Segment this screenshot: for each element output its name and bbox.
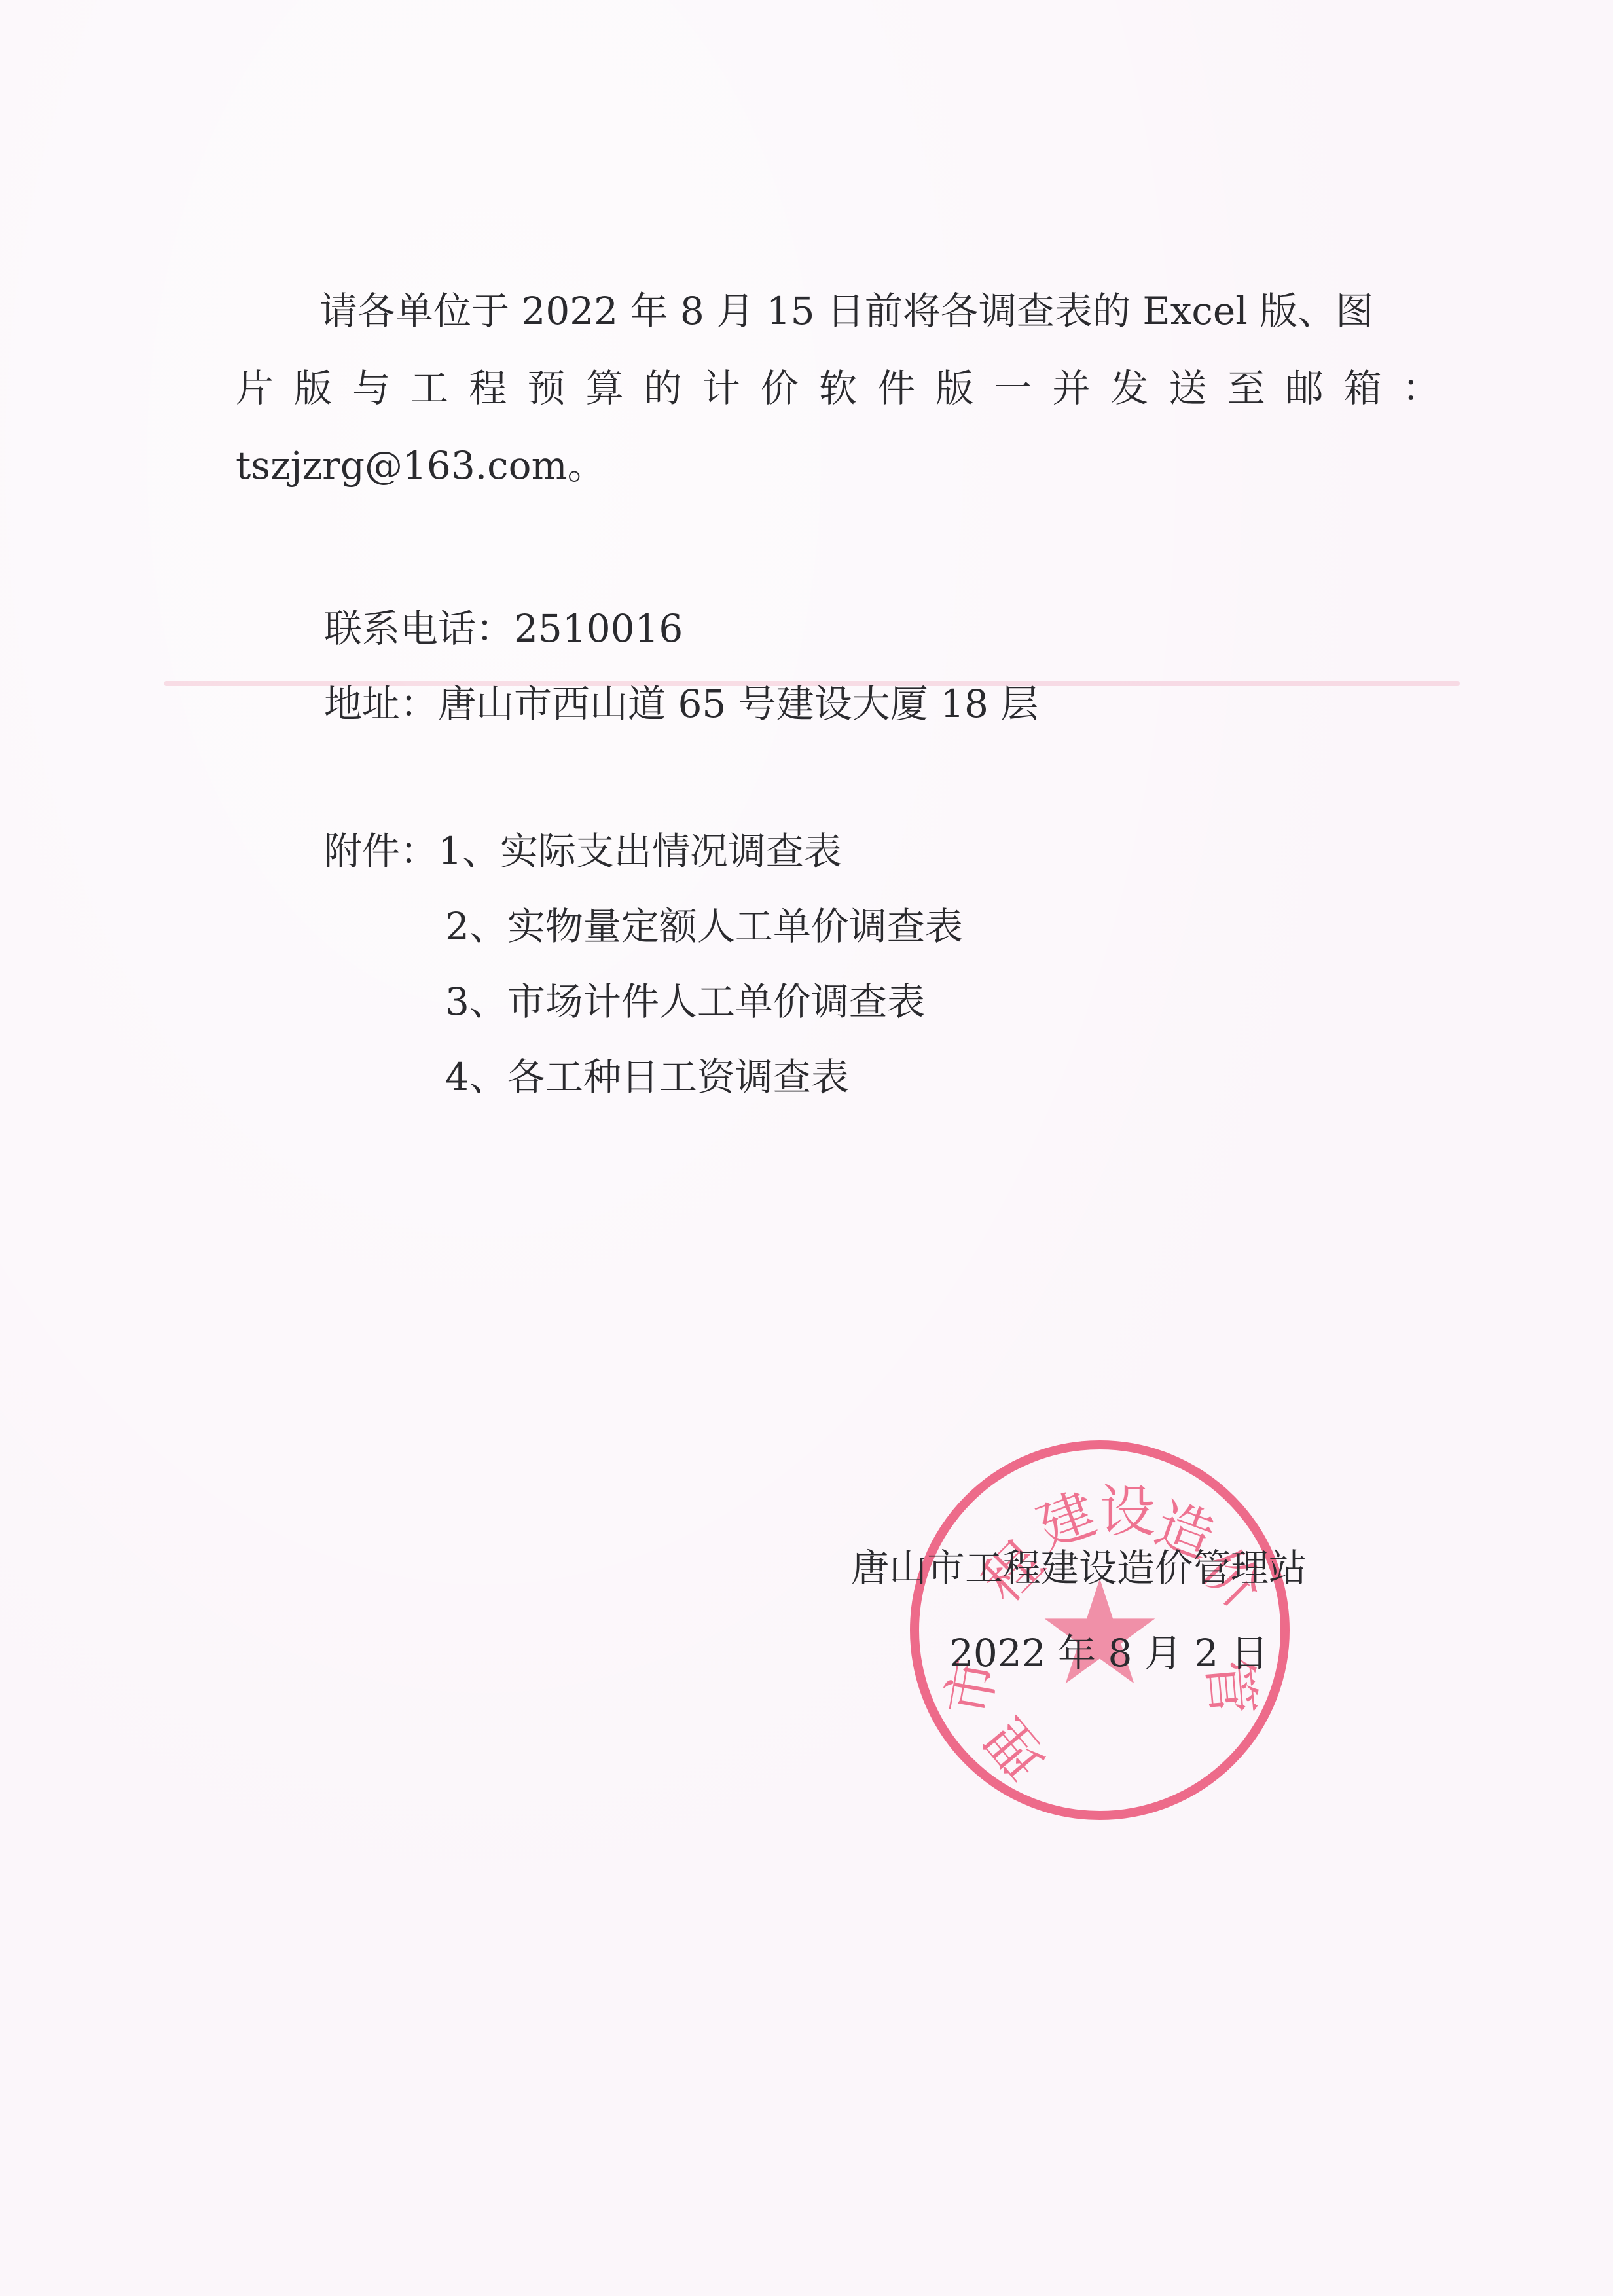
address-label: 地址： — [324, 682, 438, 726]
char: 计 — [702, 365, 740, 443]
char: 的 — [644, 365, 682, 443]
signing-date: 2022 年 8 月 2 日 — [949, 1630, 1269, 1676]
char: 并 — [1052, 365, 1090, 443]
paragraph-line-2: 片 版 与 工 程 预 算 的 计 价 软 件 版 一 并 发 送 至 邮 箱 — [236, 365, 1440, 443]
char: 程 — [469, 365, 507, 443]
attachment-item-4: 4、各工种日工资调查表 — [445, 1054, 849, 1100]
contact-phone: 联系电话：2510016 — [324, 606, 683, 651]
char: 算 — [586, 365, 624, 443]
char: 送 — [1169, 365, 1207, 443]
char: 至 — [1227, 365, 1265, 443]
attachment-item-2: 2、实物量定额人工单价调查表 — [445, 903, 963, 949]
char: 发 — [1110, 365, 1148, 443]
contact-address: 地址：唐山市西山道 65 号建设大厦 18 层 — [324, 681, 1038, 727]
char: 价 — [761, 365, 799, 443]
char: 预 — [527, 365, 565, 443]
char: 与 — [352, 365, 390, 443]
phone-number: 2510016 — [514, 606, 683, 651]
attachments-label: 附件： — [324, 829, 438, 873]
attachment-item-1: 1、实际支出情况调查表 — [438, 829, 842, 873]
signing-organization: 唐山市工程建设造价管理站 — [851, 1545, 1307, 1591]
char: 一 — [994, 365, 1032, 443]
document-body: 请各单位于 2022 年 8 月 15 日前将各调查表的 Excel 版、图 片… — [0, 0, 1613, 2296]
address-value: 唐山市西山道 65 号建设大厦 18 层 — [438, 682, 1038, 726]
document-page: 市 程 建 设 造 价 管 理 ★ 请各单位于 2022 年 8 月 15 日前… — [0, 0, 1613, 2296]
char: 片 — [236, 365, 274, 443]
attachment-item-3: 3、市场计件人工单价调查表 — [445, 979, 925, 1025]
paragraph-line-1: 请各单位于 2022 年 8 月 15 日前将各调查表的 Excel 版、图 — [236, 288, 1440, 365]
char: 工 — [410, 365, 448, 443]
phone-label: 联系电话： — [324, 606, 514, 651]
email-address: tszjzrg@163.com。 — [236, 443, 1440, 520]
instruction-paragraph: 请各单位于 2022 年 8 月 15 日前将各调查表的 Excel 版、图 片… — [236, 288, 1440, 520]
attachments-first-line: 附件：1、实际支出情况调查表 — [324, 828, 842, 874]
char: 版 — [294, 365, 332, 443]
char: 版 — [935, 365, 973, 443]
char: 箱 — [1344, 365, 1382, 443]
char: 软 — [819, 365, 857, 443]
char: 件 — [877, 365, 915, 443]
char: ： — [1402, 365, 1440, 443]
char: 邮 — [1286, 365, 1324, 443]
